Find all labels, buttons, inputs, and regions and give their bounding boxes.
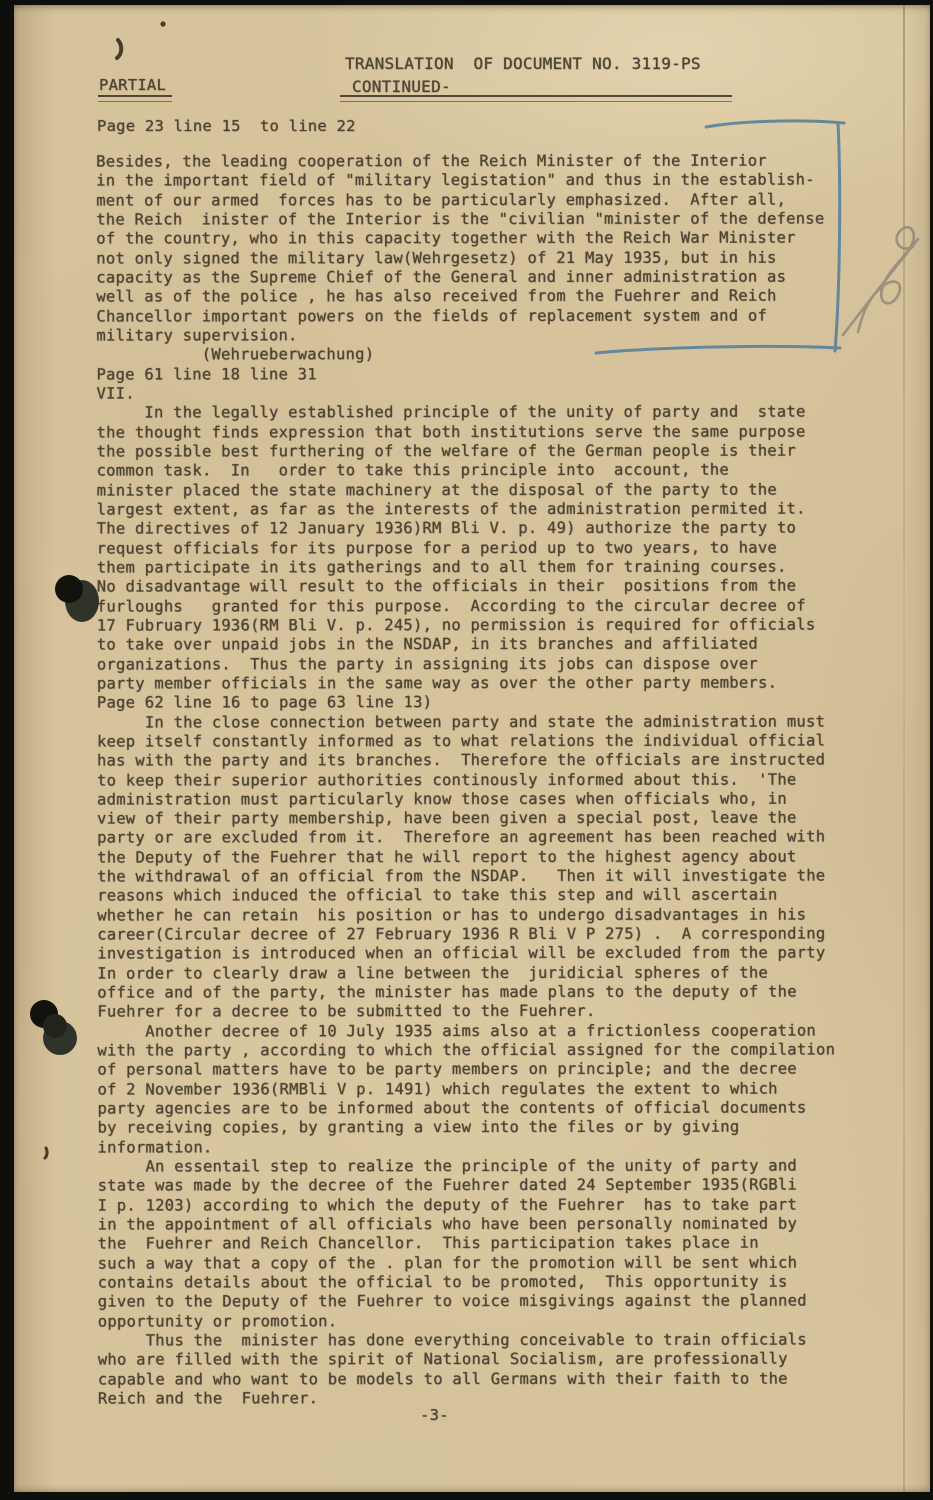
- page-reference: Page 23 line 15 to line 22: [97, 117, 356, 135]
- page-number: -3-: [420, 1406, 449, 1424]
- document-body-text: Besides, the leading cooperation of the …: [96, 151, 836, 1408]
- scanned-document-page: PARTIAL TRANSLATION OF DOCUMENT NO. 3119…: [0, 0, 933, 1500]
- title-underline: [340, 95, 732, 102]
- document-title-line2: CONTINUED-: [352, 77, 451, 96]
- paper-crease: [903, 5, 905, 1492]
- partial-underline: [98, 95, 172, 102]
- partial-label: PARTIAL: [99, 76, 166, 94]
- document-title-line1: TRANSLATION OF DOCUMENT NO. 3119-PS: [345, 54, 701, 73]
